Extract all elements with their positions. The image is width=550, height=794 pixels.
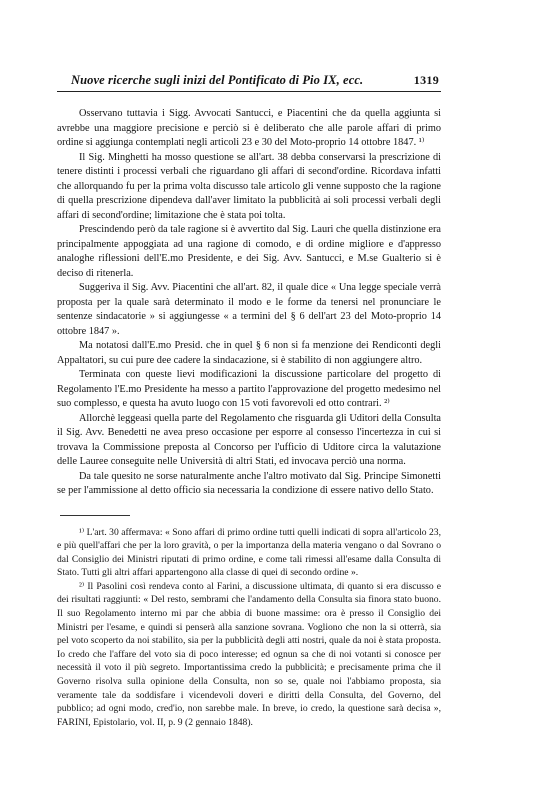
footnote-1: ¹⁾ L'art. 30 affermava: « Sono affari di… [57, 526, 441, 580]
paragraph: Da tale quesito ne sorse naturalmente an… [57, 470, 441, 499]
running-head-title: Nuove ricerche sugli inizi del Pontifica… [71, 73, 363, 88]
footnote-separator [60, 515, 130, 516]
document-page: Nuove ricerche sugli inizi del Pontifica… [57, 73, 441, 729]
paragraph: Terminata con queste lievi modificazioni… [57, 368, 441, 412]
paragraph: Prescindendo però da tale ragione si è a… [57, 223, 441, 281]
footnotes: ¹⁾ L'art. 30 affermava: « Sono affari di… [57, 526, 441, 730]
body-text: Osservano tuttavia i Sigg. Avvocati Sant… [57, 107, 441, 499]
paragraph: Suggeriva il Sig. Avv. Piacentini che al… [57, 281, 441, 339]
paragraph: Osservano tuttavia i Sigg. Avvocati Sant… [57, 107, 441, 151]
page-number: 1319 [414, 73, 439, 88]
paragraph: Ma notatosi dall'E.mo Presid. che in que… [57, 339, 441, 368]
paragraph: Il Sig. Minghetti ha mosso questione se … [57, 151, 441, 224]
paragraph: Allorchè leggeasi quella parte del Regol… [57, 412, 441, 470]
footnote-2: ²⁾ Il Pasolini così rendeva conto al Far… [57, 580, 441, 730]
running-head: Nuove ricerche sugli inizi del Pontifica… [57, 73, 441, 92]
